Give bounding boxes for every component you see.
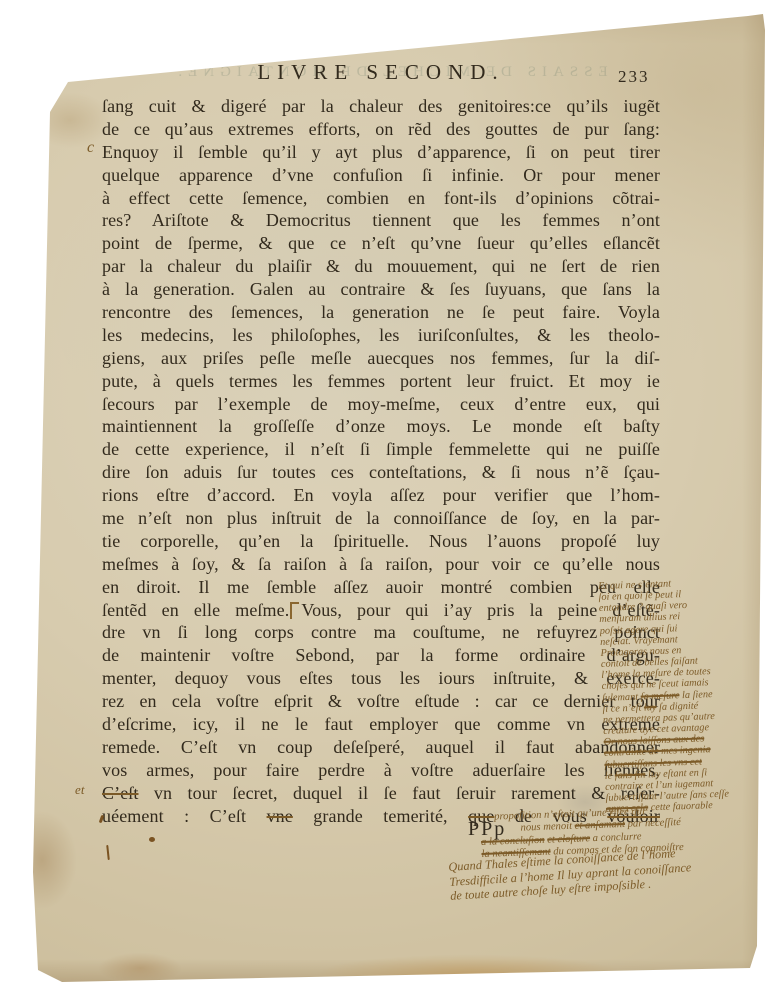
text-segment: uéement : C’eſt	[102, 806, 267, 826]
text-segment: ſans fin	[615, 769, 646, 781]
printed-text-line: à la generation. Galen au contraire & ſe…	[102, 278, 660, 301]
printed-text-line: Enquoy il ſemble qu’il y ayt plus d’appa…	[102, 141, 660, 164]
printed-text-line: maintiennent la groſſeſſe d’onze moys. L…	[102, 415, 660, 438]
printed-text-line: res? Ariſtote & Democritus tiennent que …	[102, 209, 660, 232]
printed-text-line: les medecins, les philoſophes, les iuriſ…	[102, 324, 660, 347]
text-segment: meſmes à ſoy, & ſa raiſon à ſa raiſon, p…	[102, 554, 660, 574]
printed-text-line: ſentẽd en elle meſme.Vous, pour qui i’ay…	[102, 599, 660, 622]
printed-text-line: à effect cette ſemence, combien en font-…	[102, 187, 660, 210]
text-segment: giens, aux priſes peſle meſle auecques n…	[102, 348, 660, 368]
text-segment: rencontre des ſemences, la generation ne…	[102, 302, 660, 322]
text-segment: à effect cette ſemence, combien en font-…	[102, 188, 660, 208]
printed-text-line: dire ſon aduis ſur toutes ces conteſtati…	[102, 461, 660, 484]
printed-text-block: ſang cuit & digeré par la chaleur des ge…	[102, 95, 660, 828]
printed-text-line: de maintenir voſtre Sebond, par la forme…	[102, 644, 660, 667]
text-segment: menter, dequoy vous eſtes tous les iours…	[102, 668, 660, 688]
printed-text-line: vos armes, pour faire perdre à voſtre ad…	[102, 759, 660, 782]
ink-speck	[106, 845, 110, 860]
text-segment: de maintenir voſtre Sebond, par la forme…	[102, 645, 660, 665]
book-page: ESSAIS DE MICHEL DE MONTAIGNE. LIVRE SEC…	[0, 0, 768, 989]
text-segment: grande temerité,	[293, 806, 468, 826]
text-segment: a conclurre	[590, 831, 642, 844]
handwritten-margin-word: et	[75, 779, 85, 802]
printed-text-line: ſang cuit & digeré par la chaleur des ge…	[102, 95, 660, 118]
printed-text-line: par la chaleur du plaiſir & du mouuement…	[102, 255, 660, 278]
text-segment: point de ſperme, & que ce n’eſt qu’vne ſ…	[102, 233, 660, 253]
text-segment: rions eſtre d’accord. En voyla aſſez pou…	[102, 485, 660, 505]
printed-text-line: quelque apparence d’vne confuſion ſi inf…	[102, 164, 660, 187]
text-segment: en diroit. Il me ſemble aſſez auoir mont…	[102, 577, 660, 597]
text-segment: la ſiene	[679, 689, 713, 701]
text-segment: me n’eſt non plus inſtruit de la connoiſ…	[102, 508, 660, 528]
text-segment: vn tour ſecret, duquel il ſe faut ſeruir…	[139, 783, 661, 803]
text-segment: quelque apparence d’vne confuſion ſi inf…	[102, 165, 660, 185]
text-segment: et anſamant	[575, 819, 626, 832]
printed-text-line: me n’eſt non plus inſtruit de la connoiſ…	[102, 507, 660, 530]
text-segment: a la concluſion	[481, 835, 545, 848]
printed-text-line: pute, à quels termes les femmes portent …	[102, 370, 660, 393]
insertion-mark-icon	[290, 602, 299, 619]
text-segment: d’eſcrime, icy, il ne le faut employer q…	[102, 714, 660, 734]
text-segment: Enquoy il ſemble qu’il y ayt plus d’appa…	[102, 142, 660, 162]
text-segment: vne	[267, 806, 293, 826]
text-segment: par la chaleur du plaiſir & du mouuement…	[102, 256, 660, 276]
text-segment: et cloſture	[547, 833, 590, 845]
text-segment: rez en cela voſtre eſprit & voſtre eſtud…	[102, 691, 660, 711]
text-segment: de cette experience, il n’eſt ſi ſimple …	[102, 439, 660, 459]
text-segment: vos armes, pour faire perdre à voſtre ad…	[102, 760, 660, 780]
text-segment: res? Ariſtote & Democritus tiennent que …	[102, 210, 660, 230]
printed-text-line: etC’eſt vn tour ſecret, duquel il ſe fau…	[102, 782, 660, 805]
text-segment: C’eſt	[102, 783, 139, 803]
text-segment: remede. C’eſt vn coup deſeſperé, auquel …	[102, 737, 660, 757]
text-segment: les medecins, les philoſophes, les iuriſ…	[102, 325, 660, 345]
printed-text-line: de ce qu’aus extremes efforts, on rẽd de…	[102, 118, 660, 141]
printed-text-line: rez en cela voſtre eſprit & voſtre eſtud…	[102, 690, 660, 713]
printed-text-line: giens, aux priſes peſle meſle auecques n…	[102, 347, 660, 370]
text-segment: ſang cuit & digeré par la chaleur des ge…	[102, 96, 660, 116]
printed-text-line: point de ſperme, & que ce n’eſt qu’vne ſ…	[102, 232, 660, 255]
text-segment: nous menoit	[520, 821, 575, 834]
running-title: LIVRE SECOND.	[102, 60, 660, 85]
text-segment: luy	[644, 702, 657, 713]
text-segment: dire ſon aduis ſur toutes ces conteſtati…	[102, 462, 660, 482]
printed-text-line: ſecours par l’exemple de moy-meſme, ceux…	[102, 393, 660, 416]
page-number: 233	[618, 67, 650, 87]
handwritten-paragraph-mark: c	[87, 139, 94, 157]
printed-text-line: rencontre des ſemences, la generation ne…	[102, 301, 660, 324]
text-segment: par neceſſité	[625, 817, 681, 830]
text-segment: tie corporelle, qu’en la ſpirituelle. No…	[102, 531, 660, 551]
printed-text-line: remede. C’eſt vn coup deſeſperé, auquel …	[102, 736, 660, 759]
printed-text-line: menter, dequoy vous eſtes tous les iours…	[102, 667, 660, 690]
handwritten-margin-notes: Et qui ne s’entantſoi en quoi ſe peut il…	[598, 575, 768, 815]
text-segment: ſecours par l’exemple de moy-meſme, ceux…	[102, 394, 660, 414]
printed-text-line: rions eſtre d’accord. En voyla aſſez pou…	[102, 484, 660, 507]
text-segment: maintiennent la groſſeſſe d’onze moys. L…	[102, 416, 660, 436]
text-segment: ſentẽd en elle meſme.	[102, 600, 289, 620]
scanned-page-photo: ESSAIS DE MICHEL DE MONTAIGNE. LIVRE SEC…	[0, 0, 768, 989]
printed-text-line: de cette experience, il n’eſt ſi ſimple …	[102, 438, 660, 461]
printed-text-line: meſmes à ſoy, & ſa raiſon à ſa raiſon, p…	[102, 553, 660, 576]
text-segment: dre vn ſi long corps contre ma couſtume,…	[102, 622, 660, 642]
ink-speck	[149, 837, 155, 842]
text-segment: à la generation. Galen au contraire & ſe…	[102, 279, 660, 299]
text-segment: pute, à quels termes les femmes portent …	[102, 371, 660, 391]
printed-text-line: dre vn ſi long corps contre ma couſtume,…	[102, 621, 660, 644]
text-segment: le	[605, 770, 615, 781]
text-segment: de ce qu’aus extremes efforts, on rẽd de…	[102, 119, 660, 139]
printed-text-line: en diroit. Il me ſemble aſſez auoir mont…	[102, 576, 660, 599]
printed-text-line: tie corporelle, qu’en la ſpirituelle. No…	[102, 530, 660, 553]
printed-text-line: d’eſcrime, icy, il ne le faut employer q…	[102, 713, 660, 736]
